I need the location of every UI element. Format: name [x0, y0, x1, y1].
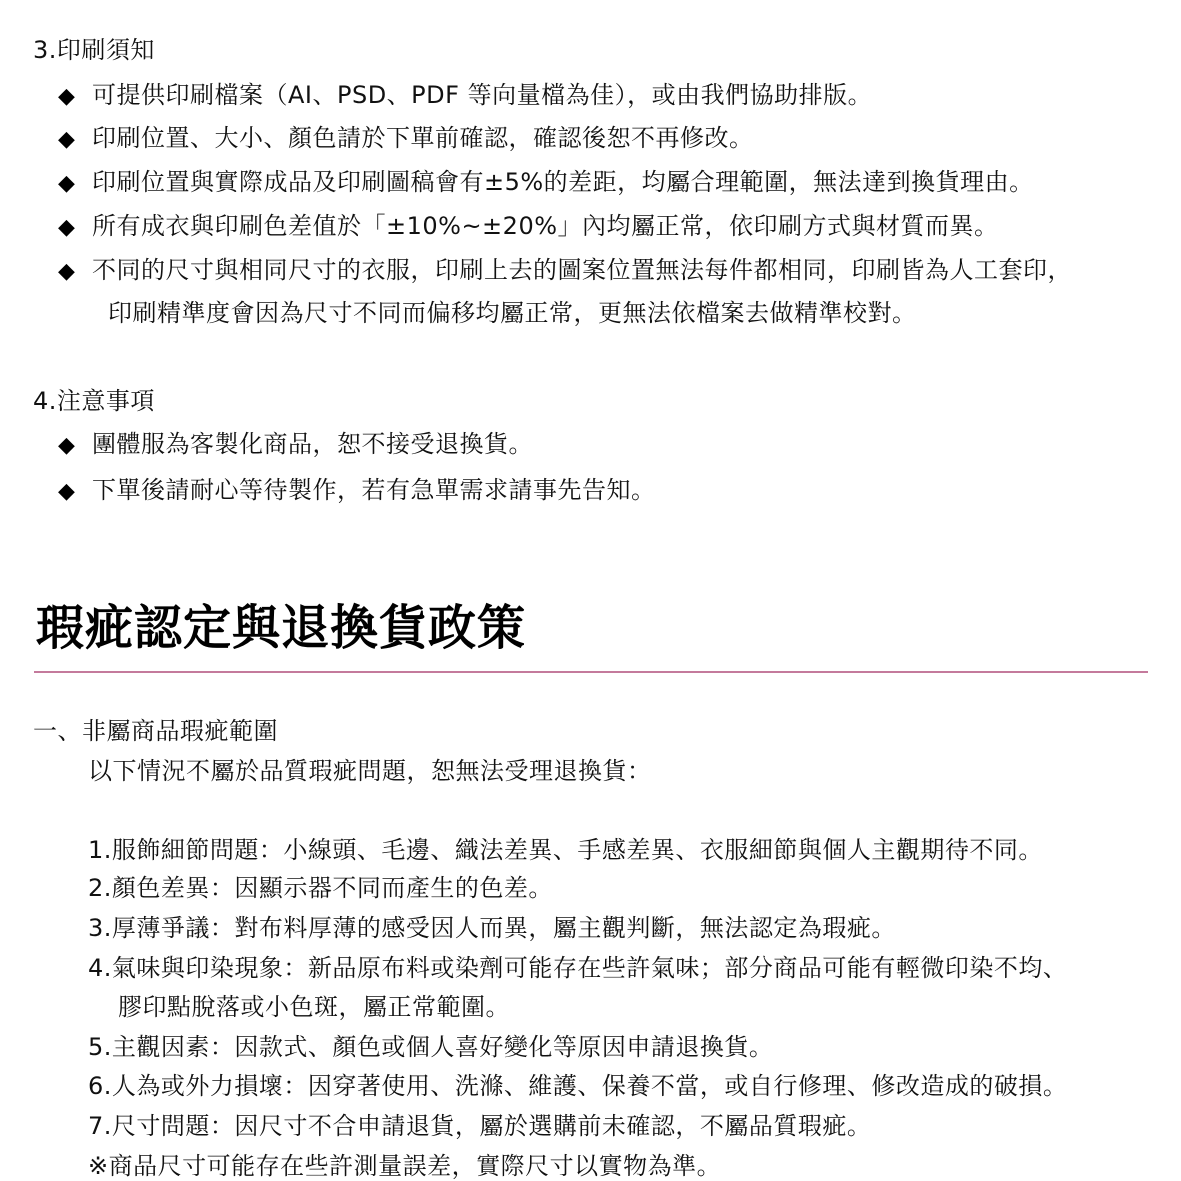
footnote: ※商品尺寸可能存在些許測量誤差，實際尺寸以實物為準。: [88, 1151, 721, 1181]
intro-text: 以下情況不屬於品質瑕疵問題，恕無法受理退換貨：: [88, 756, 652, 786]
list-item-text: 團體服為客製化商品，恕不接受退換貨。: [92, 430, 533, 458]
list-item: ◆印刷位置、大小、顏色請於下單前確認，確認後恕不再修改。: [58, 123, 754, 155]
list-item-continuation: 膠印點脫落或小色斑，屬正常範圍。: [118, 992, 510, 1022]
list-item: ◆團體服為客製化商品，恕不接受退換貨。: [58, 429, 533, 461]
diamond-bullet-icon: ◆: [58, 125, 84, 155]
list-item: 3.厚薄爭議：對布料厚薄的感受因人而異，屬主觀判斷，無法認定為瑕疵。: [88, 913, 896, 943]
list-item: 1.服飾細節問題：小線頭、毛邊、織法差異、手感差異、衣服細節與個人主觀期待不同。: [88, 835, 1043, 865]
diamond-bullet-icon: ◆: [58, 477, 84, 507]
list-item: 5.主觀因素：因款式、顏色或個人喜好變化等原因申請退換貨。: [88, 1032, 773, 1062]
section-title-notices: 4.注意事項: [33, 386, 155, 416]
diamond-bullet-icon: ◆: [58, 257, 84, 287]
list-item-text: 印刷位置、大小、顏色請於下單前確認，確認後恕不再修改。: [92, 124, 754, 152]
section-title-printing-notes: 3.印刷須知: [33, 35, 155, 65]
list-item-text: 可提供印刷檔案（AI、PSD、PDF 等向量檔為佳），或由我們協助排版。: [92, 81, 872, 109]
diamond-bullet-icon: ◆: [58, 431, 84, 461]
diamond-bullet-icon: ◆: [58, 82, 84, 112]
list-item: ◆下單後請耐心等待製作，若有急單需求請事先告知。: [58, 475, 656, 507]
list-item-continuation: 印刷精準度會因為尺寸不同而偏移均屬正常，更無法依檔案去做精準校對。: [108, 298, 917, 328]
list-item-text: 所有成衣與印刷色差值於「±10%~±20%」內均屬正常，依印刷方式與材質而異。: [92, 212, 999, 240]
list-item: 6.人為或外力損壞：因穿著使用、洗滌、維護、保養不當，或自行修理、修改造成的破損…: [88, 1071, 1067, 1101]
page-heading: 瑕疵認定與退換貨政策: [36, 598, 526, 658]
list-item: 4.氣味與印染現象：新品原布料或染劑可能存在些許氣味；部分商品可能有輕微印染不均…: [88, 953, 1067, 983]
list-item-text: 印刷位置與實際成品及印刷圖稿會有±5%的差距，均屬合理範圍，無法達到換貨理由。: [92, 168, 1034, 196]
list-item: 2.顏色差異：因顯示器不同而產生的色差。: [88, 873, 553, 903]
subsection-title: 一、非屬商品瑕疵範圍: [33, 716, 278, 746]
heading-divider: [34, 671, 1148, 673]
list-item: ◆印刷位置與實際成品及印刷圖稿會有±5%的差距，均屬合理範圍，無法達到換貨理由。: [58, 167, 1034, 199]
list-item-text: 下單後請耐心等待製作，若有急單需求請事先告知。: [92, 476, 656, 504]
diamond-bullet-icon: ◆: [58, 169, 84, 199]
list-item: ◆所有成衣與印刷色差值於「±10%~±20%」內均屬正常，依印刷方式與材質而異。: [58, 211, 999, 243]
list-item: ◆不同的尺寸與相同尺寸的衣服，印刷上去的圖案位置無法每件都相同，印刷皆為人工套印…: [58, 255, 1072, 287]
list-item: 7.尺寸問題：因尺寸不合申請退貨，屬於選購前未確認，不屬品質瑕疵。: [88, 1111, 871, 1141]
list-item-text: 不同的尺寸與相同尺寸的衣服，印刷上去的圖案位置無法每件都相同，印刷皆為人工套印，: [92, 256, 1072, 284]
list-item: ◆可提供印刷檔案（AI、PSD、PDF 等向量檔為佳），或由我們協助排版。: [58, 80, 872, 112]
diamond-bullet-icon: ◆: [58, 213, 84, 243]
